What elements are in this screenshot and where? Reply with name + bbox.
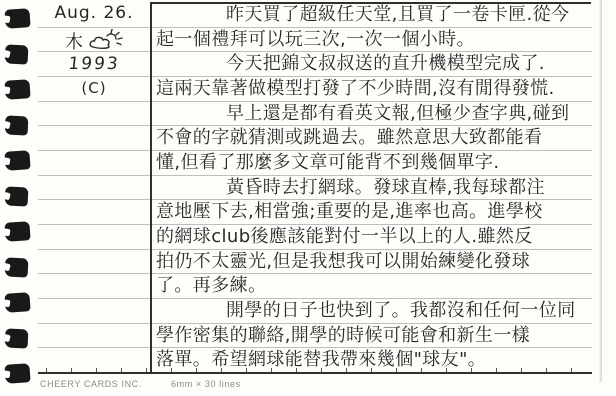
binding-hole-icon: [4, 363, 30, 384]
mark-text: (C): [38, 79, 150, 97]
diary-line: 早上還是都有看英文報,但極少查字典,碰到: [156, 101, 592, 126]
diary-line: 昨天買了超級任天堂,且買了一卷卡匣.從今: [156, 2, 592, 27]
diary-line: 了。再多練。: [156, 273, 592, 298]
diary-line: 學作密集的聯絡,開學的時候可能會和新生一樣: [156, 323, 592, 348]
diary-line: 的網球club後應該能對付一半以上的人.雖然反: [156, 224, 592, 249]
page-footer: CHEERY CARDS INC. 6mm × 30 lines: [40, 379, 267, 389]
binding-hole-icon: [5, 328, 29, 348]
diary-line: 意地壓下去,相當強;重要的是,進率也高。進學校: [156, 199, 592, 224]
paper-spec-text: 6mm × 30 lines: [171, 379, 241, 389]
year-text: 1993: [37, 54, 151, 74]
weekday-row: 木: [38, 28, 150, 54]
weekday-text: 木: [65, 28, 83, 54]
diary-line: 落單。希望網球能替我帶來幾個"球友"。: [156, 347, 592, 372]
diary-line: 這兩天靠著做模型打發了不少時間,沒有閒得發慌.: [156, 76, 592, 101]
diary-line: 開學的日子也快到了。我都沒和任何一位同: [156, 298, 592, 323]
date-text: Aug. 26.: [38, 3, 150, 23]
binding-hole-icon: [4, 221, 30, 242]
diary-line: 不會的字就猜測或跳過去。雖然意思大致都能看: [156, 125, 592, 150]
diary-line: 黃昏時去打網球。發球直棒,我每球都注: [156, 175, 592, 200]
binding-hole-icon: [5, 115, 29, 135]
binding-hole-icon: [4, 292, 30, 313]
binding-hole-icon: [4, 8, 30, 29]
diary-line: 今天把錦文叔叔送的直升機模型完成了.: [156, 51, 592, 76]
binding-hole-icon: [4, 79, 30, 100]
brand-text: CHEERY CARDS INC.: [40, 379, 142, 389]
binding-hole-icon: [5, 186, 29, 206]
sun-behind-cloud-icon: [87, 29, 123, 53]
binding-hole-icon: [4, 150, 30, 171]
date-column: Aug. 26. 木 1993 (C): [38, 0, 150, 372]
page-right-edge: [599, 0, 602, 382]
notebook-page: Aug. 26. 木 1993 (C) 昨天買了超級任天堂,且買了一卷卡匣.: [0, 0, 616, 396]
diary-line: 起一個禮拜可以玩三次,一次一個小時。: [156, 27, 592, 52]
binding-hole-icon: [5, 44, 29, 64]
diary-text-area: 昨天買了超級任天堂,且買了一卷卡匣.從今起一個禮拜可以玩三次,一次一個小時。今天…: [153, 2, 592, 372]
binding-hole-icon: [5, 257, 29, 277]
spiral-binding: [0, 0, 36, 396]
diary-line: 拍仍不太靈光,但是我想我可以開始練變化發球: [156, 249, 592, 274]
diary-line: 懂,但看了那麼多文章可能背不到幾個單字.: [156, 150, 592, 175]
